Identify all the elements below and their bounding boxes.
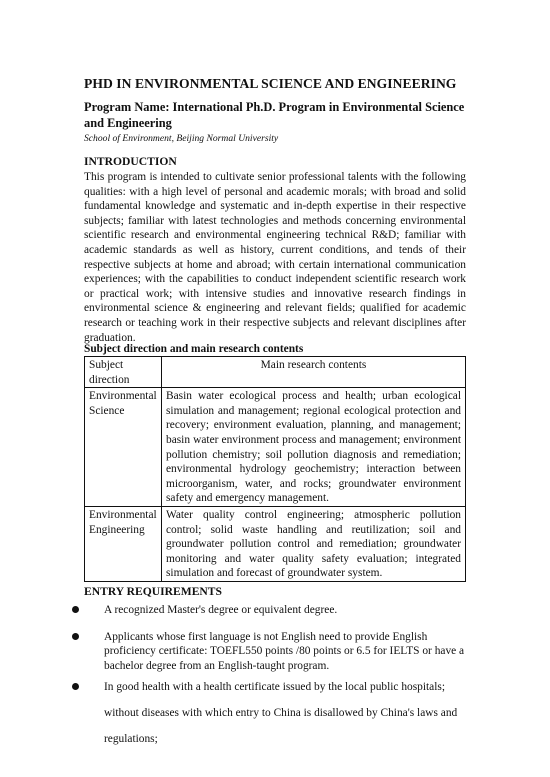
school-name: School of Environment, Beijing Normal Un… [84, 133, 278, 144]
document-title: PHD IN ENVIRONMENTAL SCIENCE AND ENGINEE… [84, 76, 484, 92]
list-item: Applicants whose first language is not E… [72, 630, 466, 674]
table-row: Environmental Engineering Water quality … [85, 506, 466, 581]
list-item: A recognized Master's degree or equivale… [72, 603, 466, 618]
header-main-research-contents: Main research contents [162, 357, 466, 388]
list-item: In good health with a health certificate… [72, 674, 466, 752]
table-row: Environmental Science Basin water ecolog… [85, 388, 466, 507]
research-table-caption: Subject direction and main research cont… [84, 343, 303, 355]
subject-cell: Environmental Science [85, 388, 162, 507]
bullet-icon [72, 633, 79, 640]
table-header-row: Subject direction Main research contents [85, 357, 466, 388]
bullet-icon [72, 683, 79, 690]
introduction-body: This program is intended to cultivate se… [84, 170, 466, 345]
research-table: Subject direction Main research contents… [84, 356, 466, 582]
bullet-icon [72, 606, 79, 613]
requirement-text: Applicants whose first language is not E… [104, 631, 464, 672]
introduction-heading: INTRODUCTION [84, 155, 177, 168]
subject-cell: Environmental Engineering [85, 506, 162, 581]
contents-cell: Water quality control engineering; atmos… [162, 506, 466, 581]
contents-cell: Basin water ecological process and healt… [162, 388, 466, 507]
entry-requirements-heading: ENTRY REQUIREMENTS [84, 585, 222, 598]
header-subject-direction: Subject direction [85, 357, 162, 388]
requirement-text: A recognized Master's degree or equivale… [104, 604, 337, 616]
requirement-text: In good health with a health certificate… [104, 681, 457, 745]
program-name: Program Name: International Ph.D. Progra… [84, 99, 474, 131]
entry-requirements-list: A recognized Master's degree or equivale… [72, 603, 466, 752]
